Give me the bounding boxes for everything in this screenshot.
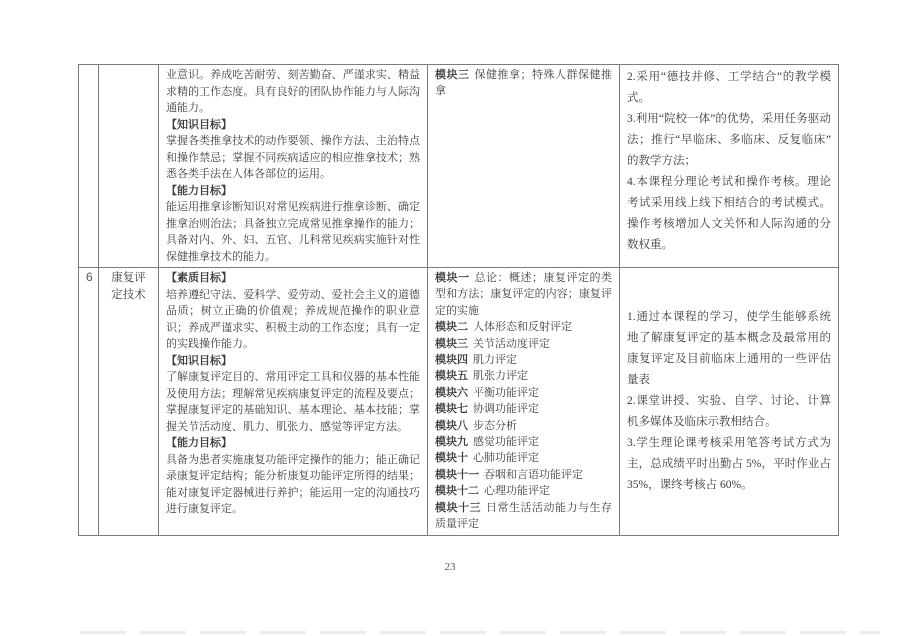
cell-objectives-continued: 业意识。养成吃苦耐劳、刻苦勤奋、严谨求实、精益求精的工作态度。具有良好的团队协作…: [159, 65, 428, 268]
objective-paragraph: 具备为患者实施康复功能评定操作的能力；能正确记录康复评定结构；能分析康复功能评定…: [166, 452, 420, 518]
cell-methods-continued: 2.采用“德技并修、工学结合”的教学模式。 3.利用“院校一体”的优势，采用任务…: [620, 65, 839, 268]
course-outline-table: 业意识。养成吃苦耐劳、刻苦勤奋、严谨求实、精益求精的工作态度。具有良好的团队协作…: [78, 64, 839, 536]
module-label: 模块五: [435, 370, 468, 382]
cell-course-name-empty: [99, 65, 159, 268]
page-number: 23: [0, 561, 900, 573]
module-text: 心理功能评定: [484, 485, 550, 497]
module-label: 模块十: [435, 452, 468, 464]
objective-paragraph: 掌握各类推拿技术的动作要领、操作方法、主治特点和操作禁忌；掌握不同疾病适应的相应…: [166, 133, 420, 183]
section-heading-knowledge: 【知识目标】: [166, 117, 420, 134]
section-heading-ability: 【能力目标】: [166, 183, 420, 200]
cell-methods: 1.通过本课程的学习，使学生能够系统地了解康复评定的基本概念及最常用的康复评定及…: [620, 268, 839, 536]
table-row-previous-course-continued: 业意识。养成吃苦耐劳、刻苦勤奋、严谨求实、精益求精的工作态度。具有良好的团队协作…: [79, 65, 839, 268]
module-text: 心肺功能评定: [473, 452, 539, 464]
next-page-edge-divider: [80, 631, 880, 634]
module-line: 模块十三日常生活活动能力与生存质量评定: [435, 500, 612, 533]
section-heading-quality: 【素质目标】: [166, 270, 420, 287]
module-text: 感觉功能评定: [473, 436, 539, 448]
objective-paragraph: 了解康复评定目的、常用评定工具和仪器的基本性能及使用方法；理解常见疾病康复评定的…: [166, 369, 420, 435]
module-line: 模块四肌力评定: [435, 352, 612, 368]
module-label: 模块十二: [435, 485, 479, 497]
module-label: 模块十三: [435, 502, 481, 514]
module-line: 模块七协调功能评定: [435, 401, 612, 417]
module-text: 吞咽和言语功能评定: [484, 469, 583, 481]
module-label: 模块二: [435, 321, 468, 333]
module-text: 肌张力评定: [473, 370, 528, 382]
objective-paragraph: 业意识。养成吃苦耐劳、刻苦勤奋、严谨求实、精益求精的工作态度。具有良好的团队协作…: [166, 67, 420, 117]
cell-modules-continued: 模块三保健推拿；特殊人群保健推拿: [428, 65, 620, 268]
method-paragraph: 3.学生理论课考核采用笔答考试方式为主，总成绩平时出勤占 5%，平时作业占 35…: [627, 433, 831, 496]
module-label: 模块八: [435, 420, 468, 432]
cell-course-number: 6: [79, 268, 99, 536]
module-line: 模块八步态分析: [435, 418, 612, 434]
module-text: 人体形态和反射评定: [473, 321, 572, 333]
module-text: 步态分析: [473, 420, 517, 432]
module-line: 模块五肌张力评定: [435, 368, 612, 384]
module-line: 模块十二心理功能评定: [435, 483, 612, 499]
module-label: 模块六: [435, 387, 468, 399]
cell-objectives: 【素质目标】 培养遵纪守法、爱科学、爱劳动、爱社会主义的道德品质；树立正确的价值…: [159, 268, 428, 536]
module-text: 肌力评定: [473, 354, 517, 366]
module-label: 模块一: [435, 272, 470, 284]
method-paragraph: 3.利用“院校一体”的优势，采用任务驱动法；推行“早临床、多临床、反复临床”的教…: [627, 109, 831, 172]
module-label: 模块三: [435, 69, 470, 81]
module-text: 协调功能评定: [473, 403, 539, 415]
cell-course-name: 康复评定技术: [99, 268, 159, 536]
cell-modules: 模块一总论：概述；康复评定的类型和方法；康复评定的内容；康复评定的实施 模块二人…: [428, 268, 620, 536]
method-paragraph: 2.课堂讲授、实验、自学、讨论、计算机多媒体及临床示教相结合。: [627, 391, 831, 433]
module-label: 模块九: [435, 436, 468, 448]
document-page: { "page": { "number": "23" }, "colors": …: [0, 0, 900, 636]
module-line: 模块三保健推拿；特殊人群保健推拿: [435, 67, 612, 100]
module-text: 关节活动度评定: [473, 338, 550, 350]
module-line: 模块二人体形态和反射评定: [435, 319, 612, 335]
module-label: 模块七: [435, 403, 468, 415]
module-line: 模块一总论：概述；康复评定的类型和方法；康复评定的内容；康复评定的实施: [435, 270, 612, 319]
section-heading-ability: 【能力目标】: [166, 435, 420, 452]
section-heading-knowledge: 【知识目标】: [166, 353, 420, 370]
method-paragraph: 4.本课程分理论考试和操作考核。理论考试采用线上线下相结合的考试模式。操作考核增…: [627, 172, 831, 256]
table-row-course-6: 6 康复评定技术 【素质目标】 培养遵纪守法、爱科学、爱劳动、爱社会主义的道德品…: [79, 268, 839, 536]
cell-course-number-empty: [79, 65, 99, 268]
method-paragraph: 2.采用“德技并修、工学结合”的教学模式。: [627, 67, 831, 109]
method-paragraph: 1.通过本课程的学习，使学生能够系统地了解康复评定的基本概念及最常用的康复评定及…: [627, 307, 831, 391]
module-label: 模块四: [435, 354, 468, 366]
module-line: 模块六平衡功能评定: [435, 385, 612, 401]
module-line: 模块三关节活动度评定: [435, 336, 612, 352]
objective-paragraph: 能运用推拿诊断知识对常见疾病进行推拿诊断、确定推拿治则治法；具备独立完成常见推拿…: [166, 199, 420, 265]
objective-paragraph: 培养遵纪守法、爱科学、爱劳动、爱社会主义的道德品质；树立正确的价值观；养成规范操…: [166, 287, 420, 353]
module-label: 模块三: [435, 338, 468, 350]
module-line: 模块十心肺功能评定: [435, 450, 612, 466]
module-label: 模块十一: [435, 469, 479, 481]
module-line: 模块九感觉功能评定: [435, 434, 612, 450]
module-text: 平衡功能评定: [473, 387, 539, 399]
module-line: 模块十一吞咽和言语功能评定: [435, 467, 612, 483]
